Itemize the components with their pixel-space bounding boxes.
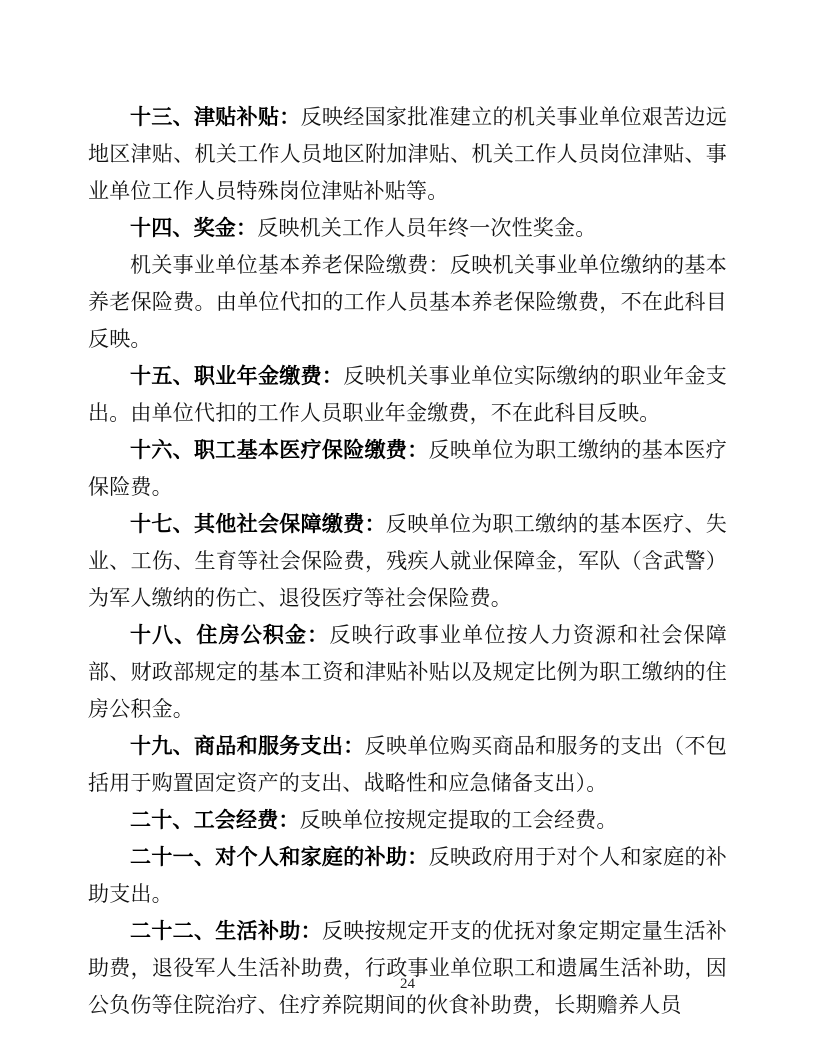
paragraph-text: 反映单位按规定提取的工会经费。 — [300, 808, 618, 832]
paragraph-label: 十三、津贴补贴： — [130, 105, 301, 129]
paragraph-item-17: 十七、其他社会保障缴费：反映单位为职工缴纳的基本医疗、失业、工伤、生育等社会保险… — [88, 506, 727, 617]
paragraph-item-13: 十三、津贴补贴：反映经国家批准建立的机关事业单位艰苦边远地区津贴、机关工作人员地… — [88, 99, 727, 210]
paragraph-label: 十九、商品和服务支出： — [130, 734, 365, 758]
paragraph-item-14: 十四、奖金：反映机关工作人员年终一次性奖金。 — [88, 210, 727, 247]
page-number: 24 — [0, 974, 815, 994]
paragraph-label: 十五、职业年金缴费： — [130, 364, 343, 388]
paragraph-item-20: 二十、工会经费：反映单位按规定提取的工会经费。 — [88, 802, 727, 839]
paragraph-item-16: 十六、职工基本医疗保险缴费：反映单位为职工缴纳的基本医疗保险费。 — [88, 432, 727, 506]
document-body: 十三、津贴补贴：反映经国家批准建立的机关事业单位艰苦边远地区津贴、机关工作人员地… — [88, 99, 727, 1024]
paragraph-label: 十六、职工基本医疗保险缴费： — [130, 438, 429, 462]
document-page: 十三、津贴补贴：反映经国家批准建立的机关事业单位艰苦边远地区津贴、机关工作人员地… — [0, 0, 815, 1055]
paragraph-text: 反映机关工作人员年终一次性奖金。 — [257, 216, 596, 240]
paragraph-label: 十八、住房公积金： — [130, 623, 329, 647]
paragraph-item-19: 十九、商品和服务支出：反映单位购买商品和服务的支出（不包括用于购置固定资产的支出… — [88, 728, 727, 802]
paragraph-text: 机关事业单位基本养老保险缴费：反映机关事业单位缴纳的基本养老保险费。由单位代扣的… — [88, 253, 727, 351]
paragraph-label: 二十二、生活补助： — [130, 919, 322, 943]
paragraph-label: 十七、其他社会保障缴费： — [130, 512, 386, 536]
paragraph-label: 十四、奖金： — [130, 216, 257, 240]
paragraph-item-15: 十五、职业年金缴费：反映机关事业单位实际缴纳的职业年金支出。由单位代扣的工作人员… — [88, 358, 727, 432]
paragraph-pension-note: 机关事业单位基本养老保险缴费：反映机关事业单位缴纳的基本养老保险费。由单位代扣的… — [88, 247, 727, 358]
paragraph-label: 二十一、对个人和家庭的补助： — [130, 845, 429, 869]
paragraph-item-21: 二十一、对个人和家庭的补助：反映政府用于对个人和家庭的补助支出。 — [88, 839, 727, 913]
paragraph-label: 二十、工会经费： — [130, 808, 300, 832]
paragraph-item-18: 十八、住房公积金：反映行政事业单位按人力资源和社会保障部、财政部规定的基本工资和… — [88, 617, 727, 728]
paragraph-item-22: 二十二、生活补助：反映按规定开支的优抚对象定期定量生活补助费，退役军人生活补助费… — [88, 913, 727, 1024]
